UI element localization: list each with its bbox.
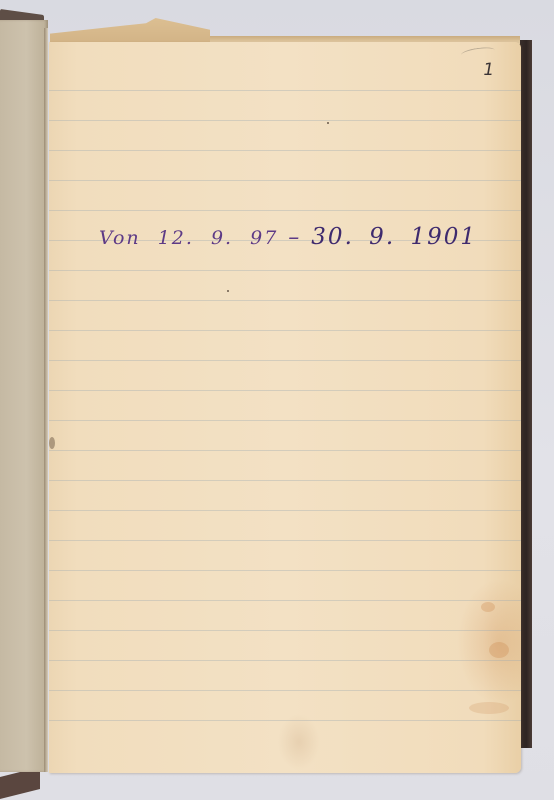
date-range-heading: Von 12. 9. 97–30. 9. 1901 [99, 224, 499, 250]
foxing-stain [481, 602, 495, 612]
ruled-line [49, 480, 521, 481]
date-separator: – [288, 225, 301, 250]
ruled-line [49, 630, 521, 631]
ruled-line [49, 690, 521, 691]
foxing-stain [469, 702, 509, 714]
ink-speck [227, 290, 229, 292]
ruled-line [49, 360, 521, 361]
ruled-line [49, 90, 521, 91]
ruled-line [49, 450, 521, 451]
foxing-stain [49, 437, 55, 449]
pencil-mark [461, 46, 496, 60]
ledger-page: 1 Von 12. 9. 97–30. 9. 1901 [49, 42, 521, 773]
ruled-line [49, 150, 521, 151]
ruled-line [49, 210, 521, 211]
ruled-line [49, 330, 521, 331]
end-date: 30. 9. 1901 [311, 224, 477, 250]
page-number: 1 [481, 60, 495, 80]
left-endpaper [0, 20, 48, 772]
ruled-line [49, 120, 521, 121]
ruled-line [49, 180, 521, 181]
ruled-line [49, 720, 521, 721]
start-date: Von 12. 9. 97 [99, 227, 278, 249]
ruled-line [49, 570, 521, 571]
ruled-line [49, 600, 521, 601]
foxing-stain [489, 642, 509, 658]
ruled-line [49, 660, 521, 661]
ruled-line [49, 420, 521, 421]
gutter-edge [44, 28, 48, 772]
ruled-line [49, 300, 521, 301]
ruled-line [49, 270, 521, 271]
ruled-line [49, 390, 521, 391]
ink-speck [327, 122, 329, 124]
ruled-line [49, 540, 521, 541]
ruled-line [49, 510, 521, 511]
